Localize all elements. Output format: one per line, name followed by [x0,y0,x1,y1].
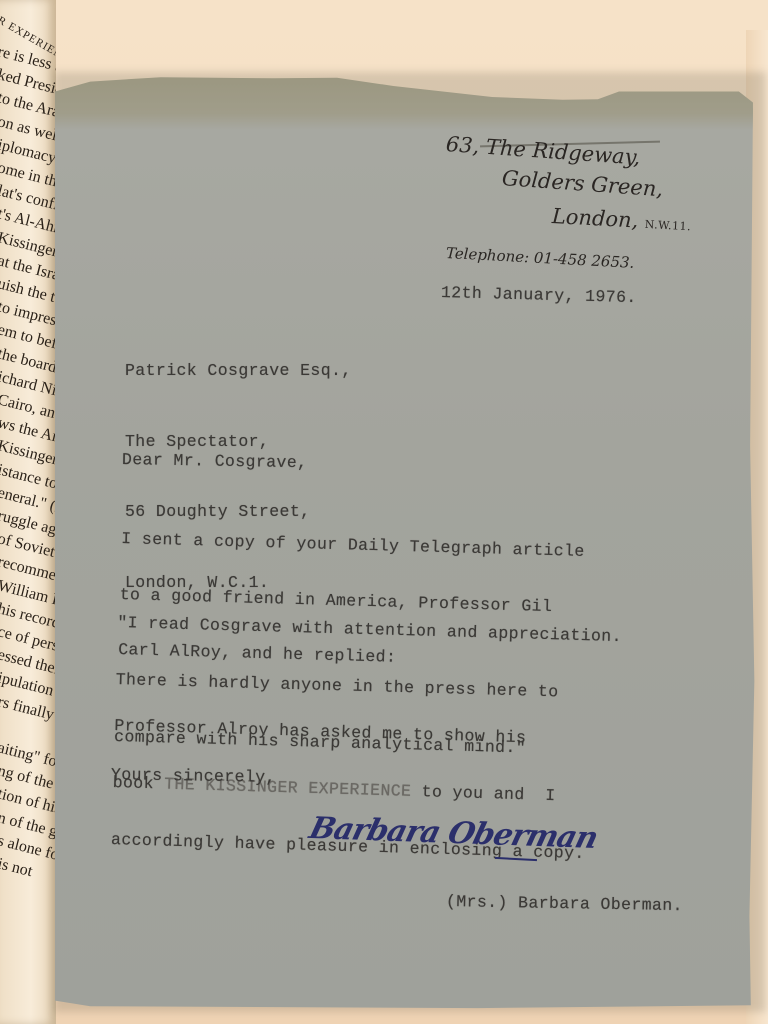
letterhead-city-name: London, [551,204,639,232]
facing-page-text: R EXPERIEN re is less thked Presideto th… [0,40,56,875]
facing-book-page: R EXPERIEN re is less thked Presideto th… [0,0,56,1024]
closing: Yours sincerely, [111,765,276,787]
letterhead-postcode: N.W.11. [644,218,691,233]
paragraph-line: I sent a copy of your Daily Telegraph ar… [121,530,585,561]
text: to you and I [411,782,556,805]
salutation: Dear Mr. Cosgrave, [122,450,308,472]
quote-line: "I read Cosgrave with attention and appr… [117,613,622,646]
address-line: Patrick Cosgrave Esq., [125,359,352,383]
address-line: The Spectator, [125,430,352,454]
paragraph-line: Professor Alroy has asked me to show his [114,716,588,749]
